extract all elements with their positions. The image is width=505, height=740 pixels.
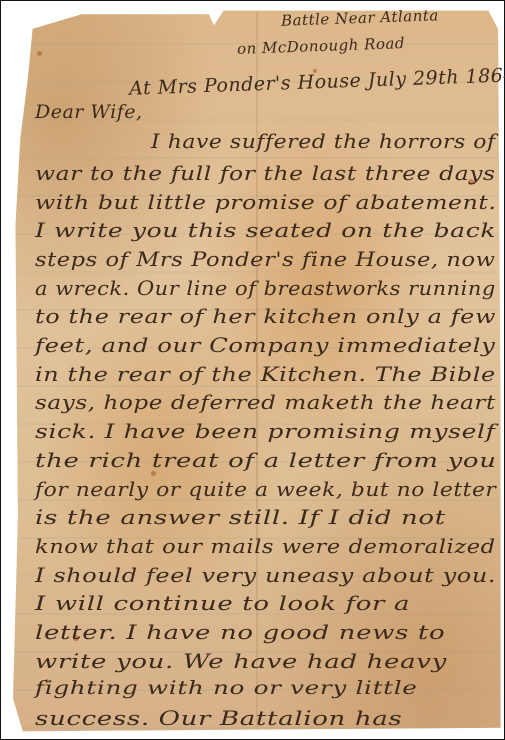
letter-line: the rich treat of a letter from you [35, 448, 497, 472]
letter-line: fighting with no or very little [35, 677, 418, 699]
letter-line: write you. We have had heavy [35, 649, 447, 673]
image-frame: Battle Near Atlanta on McDonough Road At… [0, 0, 505, 740]
letter-line: sick. I have been promising myself [35, 419, 495, 443]
letter-line: to the rear of her kitchen only a few [35, 304, 496, 328]
letter-line: war to the full for the last three days [35, 161, 496, 185]
letter-line: with but little promise of abatement. [35, 190, 497, 214]
foxing-spot [37, 51, 42, 56]
letter-line: I should feel very uneasy about you. [35, 563, 496, 587]
letter-line: for nearly or quite a week, but no lette… [35, 477, 496, 501]
letter-line: feet, and our Company immediately [35, 333, 495, 357]
letter-line: I have suffered the horrors of [151, 129, 496, 153]
letter-line: in the rear of the Kitchen. The Bible [35, 362, 496, 386]
letter-line: a wreck. Our line of breastworks running [35, 276, 496, 300]
letter-line: letter. I have no good news to [35, 620, 445, 644]
letter-line: I will continue to look for a [35, 591, 410, 615]
letter-line: steps of Mrs Ponder's fine House, now [35, 247, 495, 271]
salutation: Dear Wife, [35, 101, 143, 123]
letter-line: is the answer still. If I did not [35, 505, 446, 529]
letter-line: success. Our Battalion has [35, 706, 402, 730]
letter-line: says, hope deferred maketh the heart [35, 390, 496, 414]
letter-line: I write you this seated on the back [35, 218, 496, 242]
letter-line: know that our mails were demoralized [35, 534, 496, 558]
